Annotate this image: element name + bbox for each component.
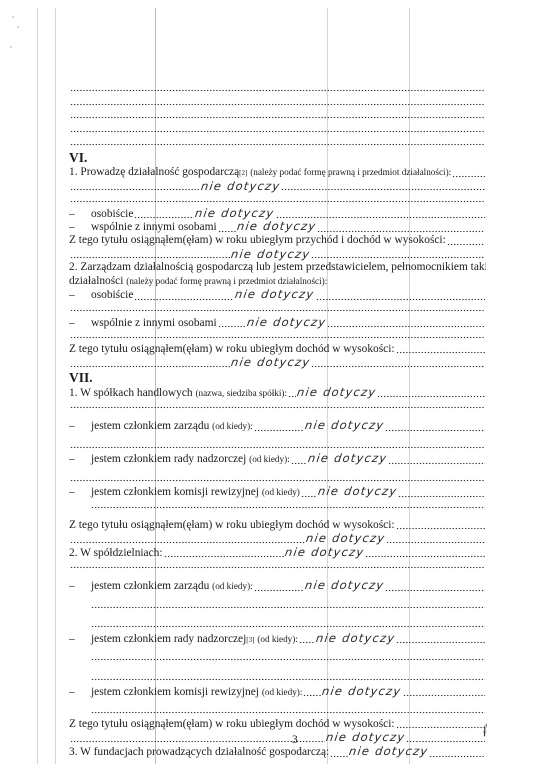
scan-speck: [10, 46, 12, 48]
vi-item1-personally: –osobiścienie dotyczy: [69, 207, 486, 221]
vii-item2-audit: –jestem członkiem komisji rewizyjnej (od…: [69, 685, 486, 699]
vii-item3-label: 3. W fundacjach prowadzących działalność…: [69, 745, 486, 759]
handwritten-answer: nie dotyczy: [317, 485, 398, 499]
handwritten-answer: nie dotyczy: [236, 220, 317, 234]
vii-item2-income-answer: nie dotyczy: [69, 731, 486, 745]
vii-item1-audit: –jestem członkiem komisji rewizyjnej (od…: [69, 485, 486, 499]
handwritten-answer: nie dotyczy: [304, 419, 385, 433]
blank-line: [69, 499, 486, 513]
vi-item1-jointly: –wspólnie z innymi osobaminie dotyczy: [69, 220, 486, 234]
vi-item2-jointly: –wspólnie z innymi osobaminie dotyczy: [69, 316, 486, 330]
handwritten-answer: nie dotyczy: [321, 685, 402, 699]
vi-item2-personally: –osobiścienie dotyczy: [69, 288, 486, 302]
scan-speck: [12, 16, 14, 18]
blank-line: [69, 599, 486, 613]
vii-item1-income-answer: nie dotyczy: [69, 532, 486, 546]
vi-item2-label-1: 2. Zarządzam działalnością gospodarczą l…: [69, 261, 486, 275]
blank-line: [69, 399, 486, 413]
blank-line: [69, 109, 486, 123]
handwritten-answer: nie dotyczy: [246, 316, 327, 330]
vi-item2-label-2: działalności (należy podać formę prawną …: [69, 275, 486, 289]
vi-item2-income: Z tego tytułu osiągnąłem(ęłam) w roku ub…: [69, 343, 486, 357]
handwritten-answer: nie dotyczy: [307, 452, 388, 466]
vii-item2-income: Z tego tytułu osiągnąłem(ęłam) w roku ub…: [69, 718, 486, 732]
blank-line: [69, 618, 486, 632]
scan-line: [55, 8, 56, 764]
handwritten-answer: nie dotyczy: [305, 532, 386, 546]
handwritten-answer: nie dotyczy: [325, 731, 406, 745]
blank-line: [69, 82, 486, 96]
blank-line: [69, 136, 486, 150]
handwritten-answer: nie dotyczy: [234, 288, 315, 302]
vii-item1-income: Z tego tytułu osiągnąłem(ęłam) w roku ub…: [69, 519, 486, 533]
blank-line: [69, 96, 486, 110]
blank-line: [69, 651, 486, 665]
blank-line: [69, 123, 486, 137]
blank-line: [69, 329, 486, 343]
vii-item1-label: 1. W spółkach handlowych (nazwa, siedzib…: [69, 386, 486, 400]
vi-item1-income-answer: nie dotyczy: [69, 248, 486, 262]
handwritten-answer: nie dotyczy: [315, 632, 396, 646]
vii-item2-label: 2. W spółdzielniach:nie dotyczy: [69, 546, 486, 560]
handwritten-answer: nie dotyczy: [304, 579, 385, 593]
handwritten-answer: nie dotyczy: [348, 745, 429, 759]
handwritten-answer: nie dotyczy: [296, 386, 377, 400]
vi-item2-income-answer: nie dotyczy: [69, 356, 486, 370]
vii-item1-supervisory: –jestem członkiem rady nadzorczej (od ki…: [69, 452, 486, 466]
blank-line: [69, 704, 486, 718]
scan-speck: [17, 26, 19, 28]
blank-line: [69, 302, 486, 316]
blank-line: [69, 193, 486, 207]
section-vii-heading: VII.: [69, 370, 486, 386]
vi-item1-answer: nie dotyczy: [69, 180, 486, 194]
handwritten-answer: nie dotyczy: [230, 248, 311, 262]
scanned-page: VI. 1. Prowadzę działalność gospodarczą[…: [0, 0, 540, 764]
handwritten-answer: nie dotyczy: [230, 356, 311, 370]
handwritten-answer: nie dotyczy: [194, 207, 275, 221]
vii-item1-board: –jestem członkiem zarządu (od kiedy):nie…: [69, 419, 486, 433]
blank-line: [69, 671, 486, 685]
scan-line: [37, 8, 38, 764]
vi-item1-label: 1. Prowadzę działalność gospodarczą[2] (…: [69, 166, 486, 180]
vi-item1-income: Z tego tytułu osiągnąłem(ęłam) w roku ub…: [69, 234, 486, 248]
handwritten-answer: nie dotyczy: [200, 180, 281, 194]
vii-item2-supervisory: –jestem członkiem rady nadzorczej[3] (od…: [69, 632, 486, 646]
handwritten-answer: nie dotyczy: [284, 546, 365, 560]
page-number: 3: [292, 734, 298, 746]
blank-line: [69, 439, 486, 453]
vii-item2-board: –jestem członkiem zarządu (od kiedy):nie…: [69, 579, 486, 593]
blank-line: [69, 472, 486, 486]
declaration-form: VI. 1. Prowadzę działalność gospodarczą[…: [69, 82, 486, 759]
blank-line: [69, 559, 486, 573]
section-vi-heading: VI.: [69, 150, 486, 166]
